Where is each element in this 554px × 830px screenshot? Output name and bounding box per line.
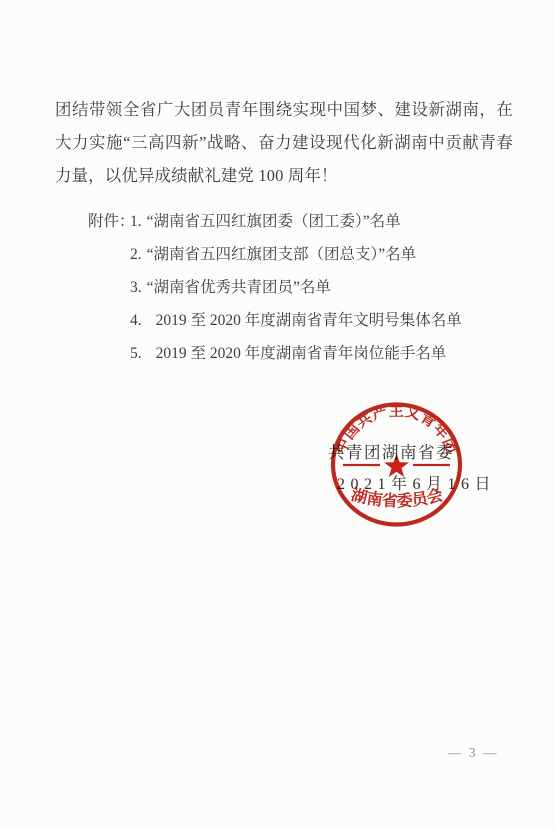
document-page: 团结带领全省广大团员青年围绕实现中国梦、建设新湖南，在大力实施“三高四新”战略、…	[0, 0, 554, 830]
attachment-item-number: 2.	[130, 238, 142, 271]
attachment-row-1: 附件：1.“湖南省五四红旗团委（团工委）”名单	[88, 205, 462, 238]
seal-top-arc-text: 中国共产主义青年团	[333, 402, 461, 456]
attachment-item-text: “湖南省五四红旗团委（团工委）”名单	[147, 213, 401, 230]
attachment-item-number: 3.	[130, 271, 142, 304]
attachment-label: 附件：	[88, 205, 130, 238]
attachment-list: 附件：1.“湖南省五四红旗团委（团工委）”名单 2.“湖南省五四红旗团支部（团总…	[88, 205, 462, 370]
attachment-item-text: “湖南省优秀共青团员”名单	[147, 279, 331, 296]
attachment-item-number: 5.	[130, 337, 142, 370]
attachment-item-number: 1.	[130, 205, 142, 238]
attachment-row-4: 4.2019 至 2020 年度湖南省青年文明号集体名单	[88, 304, 462, 337]
svg-text:会: 会	[425, 485, 445, 507]
attachment-item-text: “湖南省五四红旗团支部（团总支）”名单	[147, 246, 417, 263]
official-seal: 中国共产主义青年团 湖南省委员会	[330, 402, 463, 527]
attachment-row-2: 2.“湖南省五四红旗团支部（团总支）”名单	[88, 238, 462, 271]
star-icon	[384, 454, 409, 478]
body-paragraph: 团结带领全省广大团员青年围绕实现中国梦、建设新湖南，在大力实施“三高四新”战略、…	[55, 93, 513, 192]
attachment-row-3: 3.“湖南省优秀共青团员”名单	[88, 271, 462, 304]
attachment-item-number: 4.	[130, 304, 142, 337]
attachment-row-5: 5.2019 至 2020 年度湖南省青年岗位能手名单	[88, 337, 462, 370]
attachment-item-text: 2019 至 2020 年度湖南省青年文明号集体名单	[156, 312, 462, 329]
page-number: — 3 —	[448, 745, 499, 761]
seal-bottom-text: 湖南省委员会	[349, 485, 444, 510]
attachment-item-text: 2019 至 2020 年度湖南省青年岗位能手名单	[156, 345, 447, 362]
